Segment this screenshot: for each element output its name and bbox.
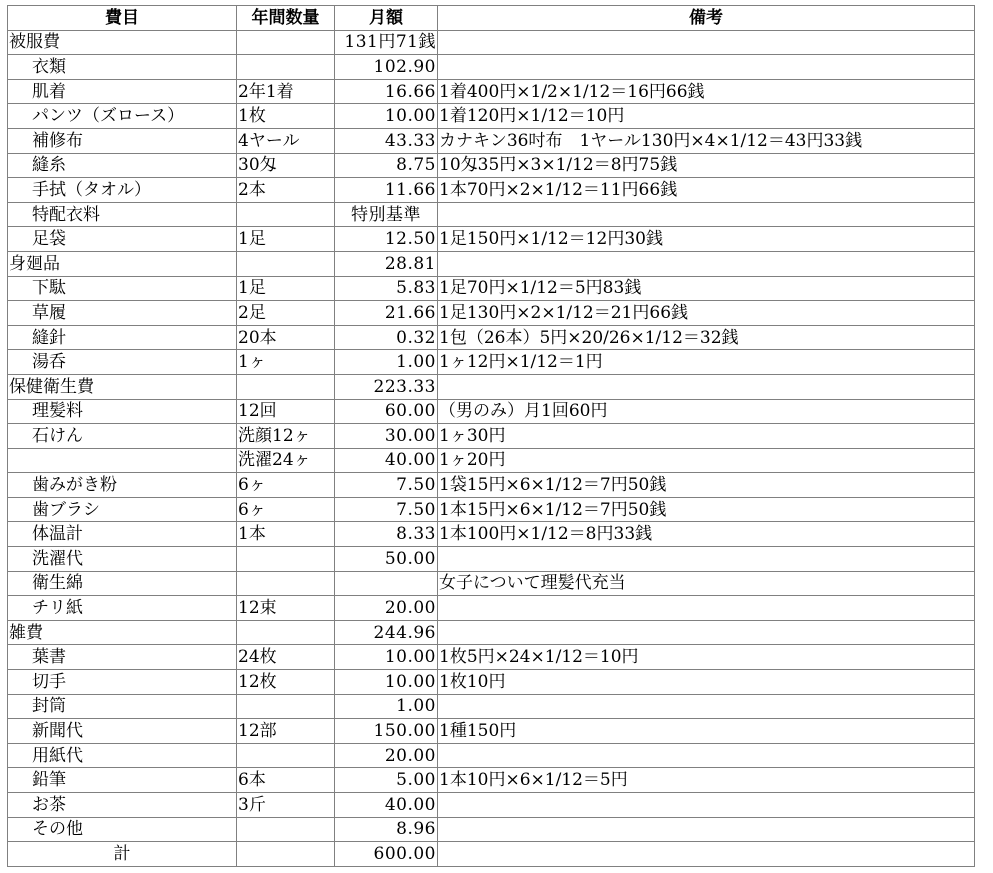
- quantity-cell[interactable]: 24枚: [237, 645, 335, 670]
- quantity-cell[interactable]: 6ヶ: [237, 473, 335, 498]
- item-cell[interactable]: パンツ（ズロース）: [8, 104, 237, 129]
- amount-cell[interactable]: 50.00: [335, 547, 438, 572]
- note-cell[interactable]: 1袋15円×6×1/12＝7円50銭: [438, 473, 975, 498]
- expense-table: 費目 年間数量 月額 備考 被服費131円71銭衣類102.90肌着2年1着16…: [7, 5, 975, 867]
- table-row: 湯呑1ヶ1.001ヶ12円×1/12＝1円: [8, 350, 975, 375]
- quantity-cell[interactable]: [237, 55, 335, 80]
- note-cell[interactable]: 1本10円×6×1/12＝5円: [438, 768, 975, 793]
- table-row: 石けん洗顔12ヶ30.001ヶ30円: [8, 424, 975, 449]
- item-cell[interactable]: 補修布: [8, 128, 237, 153]
- amount-cell[interactable]: 12.50: [335, 227, 438, 252]
- table-row: 切手12枚10.001枚10円: [8, 670, 975, 695]
- item-cell[interactable]: 歯ブラシ: [8, 497, 237, 522]
- note-cell[interactable]: [438, 30, 975, 55]
- amount-cell[interactable]: 150.00: [335, 719, 438, 744]
- item-cell[interactable]: 縫糸: [8, 153, 237, 178]
- amount-cell[interactable]: 131円71銭: [335, 30, 438, 55]
- header-note[interactable]: 備考: [438, 6, 975, 31]
- header-item[interactable]: 費目: [8, 6, 237, 31]
- quantity-cell[interactable]: 6ヶ: [237, 497, 335, 522]
- note-cell[interactable]: [438, 55, 975, 80]
- quantity-cell[interactable]: [237, 30, 335, 55]
- quantity-cell[interactable]: [237, 251, 335, 276]
- table-row: チリ紙12束20.00: [8, 596, 975, 621]
- item-cell[interactable]: 衣類: [8, 55, 237, 80]
- note-cell[interactable]: 1着120円×1/12＝10円: [438, 104, 975, 129]
- note-cell[interactable]: 1足130円×2×1/12＝21円66銭: [438, 301, 975, 326]
- amount-cell[interactable]: 1.00: [335, 694, 438, 719]
- note-cell[interactable]: [438, 547, 975, 572]
- note-cell[interactable]: カナキン36吋布 1ヤール130円×4×1/12＝43円33銭: [438, 128, 975, 153]
- quantity-cell[interactable]: 1足: [237, 227, 335, 252]
- quantity-cell[interactable]: 4ヤール: [237, 128, 335, 153]
- table-row: 衣類102.90: [8, 55, 975, 80]
- table-row: 衛生綿女子について理髪代充当: [8, 571, 975, 596]
- header-quantity[interactable]: 年間数量: [237, 6, 335, 31]
- amount-cell[interactable]: 5.83: [335, 276, 438, 301]
- total-quantity[interactable]: [237, 842, 335, 867]
- table-row: 歯ブラシ6ヶ7.501本15円×6×1/12＝7円50銭: [8, 497, 975, 522]
- item-cell[interactable]: 洗濯代: [8, 547, 237, 572]
- table-row: 下駄1足5.831足70円×1/12＝5円83銭: [8, 276, 975, 301]
- item-cell[interactable]: お茶: [8, 793, 237, 818]
- quantity-cell[interactable]: 1本: [237, 522, 335, 547]
- amount-cell[interactable]: 7.50: [335, 497, 438, 522]
- amount-cell[interactable]: 16.66: [335, 79, 438, 104]
- table-row: 用紙代20.00: [8, 743, 975, 768]
- amount-cell[interactable]: 30.00: [335, 424, 438, 449]
- header-row: 費目 年間数量 月額 備考: [8, 6, 975, 31]
- amount-cell[interactable]: 21.66: [335, 301, 438, 326]
- item-cell[interactable]: 鉛筆: [8, 768, 237, 793]
- header-amount[interactable]: 月額: [335, 6, 438, 31]
- note-cell[interactable]: 1ヶ20円: [438, 448, 975, 473]
- quantity-cell[interactable]: [237, 743, 335, 768]
- note-cell[interactable]: [438, 202, 975, 227]
- item-cell[interactable]: 足袋: [8, 227, 237, 252]
- quantity-cell[interactable]: [237, 202, 335, 227]
- amount-cell[interactable]: 28.81: [335, 251, 438, 276]
- table-row: パンツ（ズロース）1枚10.001着120円×1/12＝10円: [8, 104, 975, 129]
- note-cell[interactable]: 1足150円×1/12＝12円30銭: [438, 227, 975, 252]
- amount-cell[interactable]: 43.33: [335, 128, 438, 153]
- amount-cell[interactable]: 8.75: [335, 153, 438, 178]
- item-cell[interactable]: 肌着: [8, 79, 237, 104]
- table-row: 新聞代12部150.001種150円: [8, 719, 975, 744]
- note-cell[interactable]: [438, 793, 975, 818]
- amount-cell[interactable]: 7.50: [335, 473, 438, 498]
- quantity-cell[interactable]: [237, 694, 335, 719]
- table-row: 草履2足21.661足130円×2×1/12＝21円66銭: [8, 301, 975, 326]
- item-cell[interactable]: 雑費: [8, 620, 237, 645]
- note-cell[interactable]: 1本100円×1/12＝8円33銭: [438, 522, 975, 547]
- note-cell[interactable]: 1本15円×6×1/12＝7円50銭: [438, 497, 975, 522]
- note-cell[interactable]: [438, 620, 975, 645]
- item-cell[interactable]: 封筒: [8, 694, 237, 719]
- note-cell[interactable]: 1ヶ12円×1/12＝1円: [438, 350, 975, 375]
- table-row: 歯みがき粉6ヶ7.501袋15円×6×1/12＝7円50銭: [8, 473, 975, 498]
- amount-cell[interactable]: 5.00: [335, 768, 438, 793]
- note-cell[interactable]: 1足70円×1/12＝5円83銭: [438, 276, 975, 301]
- category-row: 身廻品28.81: [8, 251, 975, 276]
- quantity-cell[interactable]: 12部: [237, 719, 335, 744]
- item-cell[interactable]: 縫針: [8, 325, 237, 350]
- item-cell[interactable]: 下駄: [8, 276, 237, 301]
- table-row: 理髪料12回60.00（男のみ）月1回60円: [8, 399, 975, 424]
- quantity-cell[interactable]: [237, 571, 335, 596]
- item-cell[interactable]: 体温計: [8, 522, 237, 547]
- item-cell[interactable]: 保健衛生費: [8, 374, 237, 399]
- table-row: 縫糸30匁8.7510匁35円×3×1/12＝8円75銭: [8, 153, 975, 178]
- item-cell[interactable]: 石けん: [8, 424, 237, 449]
- item-cell[interactable]: 草履: [8, 301, 237, 326]
- table-row: 補修布4ヤール43.33カナキン36吋布 1ヤール130円×4×1/12＝43円…: [8, 128, 975, 153]
- amount-cell[interactable]: 1.00: [335, 350, 438, 375]
- quantity-cell[interactable]: 2年1着: [237, 79, 335, 104]
- table-row: 縫針20本0.321包（26本）5円×20/26×1/12＝32銭: [8, 325, 975, 350]
- quantity-cell[interactable]: 30匁: [237, 153, 335, 178]
- note-cell[interactable]: 1ヶ30円: [438, 424, 975, 449]
- note-cell[interactable]: [438, 596, 975, 621]
- amount-cell[interactable]: 10.00: [335, 645, 438, 670]
- table-row: 足袋1足12.501足150円×1/12＝12円30銭: [8, 227, 975, 252]
- item-cell[interactable]: 湯呑: [8, 350, 237, 375]
- note-cell[interactable]: 1着400円×1/2×1/12＝16円66銭: [438, 79, 975, 104]
- item-cell[interactable]: 新聞代: [8, 719, 237, 744]
- category-row: 保健衛生費223.33: [8, 374, 975, 399]
- category-row: 被服費131円71銭: [8, 30, 975, 55]
- quantity-cell[interactable]: 20本: [237, 325, 335, 350]
- total-label[interactable]: 計: [8, 842, 237, 867]
- item-cell[interactable]: その他: [8, 817, 237, 842]
- amount-cell[interactable]: 特別基準: [335, 202, 438, 227]
- amount-cell[interactable]: [335, 571, 438, 596]
- quantity-cell[interactable]: [237, 374, 335, 399]
- note-cell[interactable]: 1枚5円×24×1/12＝10円: [438, 645, 975, 670]
- quantity-cell[interactable]: 1ヶ: [237, 350, 335, 375]
- amount-cell[interactable]: 8.96: [335, 817, 438, 842]
- amount-cell[interactable]: 102.90: [335, 55, 438, 80]
- note-cell[interactable]: [438, 817, 975, 842]
- item-cell[interactable]: 用紙代: [8, 743, 237, 768]
- amount-cell[interactable]: 244.96: [335, 620, 438, 645]
- table-row: お茶3斤40.00: [8, 793, 975, 818]
- amount-cell[interactable]: 40.00: [335, 448, 438, 473]
- note-cell[interactable]: 1包（26本）5円×20/26×1/12＝32銭: [438, 325, 975, 350]
- table-row: 特配衣料特別基準: [8, 202, 975, 227]
- quantity-cell[interactable]: 3斤: [237, 793, 335, 818]
- item-cell[interactable]: 理髪料: [8, 399, 237, 424]
- table-row: 葉書24枚10.001枚5円×24×1/12＝10円: [8, 645, 975, 670]
- note-cell[interactable]: [438, 743, 975, 768]
- note-cell[interactable]: [438, 251, 975, 276]
- quantity-cell[interactable]: 1足: [237, 276, 335, 301]
- amount-cell[interactable]: 0.32: [335, 325, 438, 350]
- amount-cell[interactable]: 10.00: [335, 670, 438, 695]
- amount-cell[interactable]: 40.00: [335, 793, 438, 818]
- quantity-cell[interactable]: 1枚: [237, 104, 335, 129]
- quantity-cell[interactable]: [237, 620, 335, 645]
- note-cell[interactable]: 1本70円×2×1/12＝11円66銭: [438, 178, 975, 203]
- amount-cell[interactable]: 20.00: [335, 596, 438, 621]
- quantity-cell[interactable]: 洗顔12ヶ: [237, 424, 335, 449]
- total-amount[interactable]: 600.00: [335, 842, 438, 867]
- quantity-cell[interactable]: 2足: [237, 301, 335, 326]
- item-cell[interactable]: 身廻品: [8, 251, 237, 276]
- quantity-cell[interactable]: [237, 547, 335, 572]
- item-cell[interactable]: 切手: [8, 670, 237, 695]
- note-cell[interactable]: 1枚10円: [438, 670, 975, 695]
- item-cell[interactable]: 特配衣料: [8, 202, 237, 227]
- item-cell[interactable]: 葉書: [8, 645, 237, 670]
- amount-cell[interactable]: 223.33: [335, 374, 438, 399]
- category-row: 雑費244.96: [8, 620, 975, 645]
- item-cell[interactable]: 手拭（タオル）: [8, 178, 237, 203]
- note-cell[interactable]: 1種150円: [438, 719, 975, 744]
- quantity-cell[interactable]: 12枚: [237, 670, 335, 695]
- item-cell[interactable]: [8, 448, 237, 473]
- quantity-cell[interactable]: 12束: [237, 596, 335, 621]
- amount-cell[interactable]: 60.00: [335, 399, 438, 424]
- amount-cell[interactable]: 20.00: [335, 743, 438, 768]
- quantity-cell[interactable]: 2本: [237, 178, 335, 203]
- note-cell[interactable]: [438, 694, 975, 719]
- table-row: 肌着2年1着16.661着400円×1/2×1/12＝16円66銭: [8, 79, 975, 104]
- item-cell[interactable]: チリ紙: [8, 596, 237, 621]
- total-note[interactable]: [438, 842, 975, 867]
- table-row: 手拭（タオル）2本11.661本70円×2×1/12＝11円66銭: [8, 178, 975, 203]
- note-cell[interactable]: [438, 374, 975, 399]
- amount-cell[interactable]: 10.00: [335, 104, 438, 129]
- table-row: 洗濯代50.00: [8, 547, 975, 572]
- item-cell[interactable]: 被服費: [8, 30, 237, 55]
- amount-cell[interactable]: 8.33: [335, 522, 438, 547]
- table-row: 体温計1本8.331本100円×1/12＝8円33銭: [8, 522, 975, 547]
- total-row: 計 600.00: [8, 842, 975, 867]
- table-row: その他8.96: [8, 817, 975, 842]
- note-cell[interactable]: （男のみ）月1回60円: [438, 399, 975, 424]
- quantity-cell[interactable]: 6本: [237, 768, 335, 793]
- table-row: 洗濯24ヶ40.001ヶ20円: [8, 448, 975, 473]
- amount-cell[interactable]: 11.66: [335, 178, 438, 203]
- item-cell[interactable]: 衛生綿: [8, 571, 237, 596]
- note-cell[interactable]: 女子について理髪代充当: [438, 571, 975, 596]
- note-cell[interactable]: 10匁35円×3×1/12＝8円75銭: [438, 153, 975, 178]
- table-row: 封筒1.00: [8, 694, 975, 719]
- quantity-cell[interactable]: 洗濯24ヶ: [237, 448, 335, 473]
- quantity-cell[interactable]: [237, 817, 335, 842]
- quantity-cell[interactable]: 12回: [237, 399, 335, 424]
- table-row: 鉛筆6本5.001本10円×6×1/12＝5円: [8, 768, 975, 793]
- item-cell[interactable]: 歯みがき粉: [8, 473, 237, 498]
